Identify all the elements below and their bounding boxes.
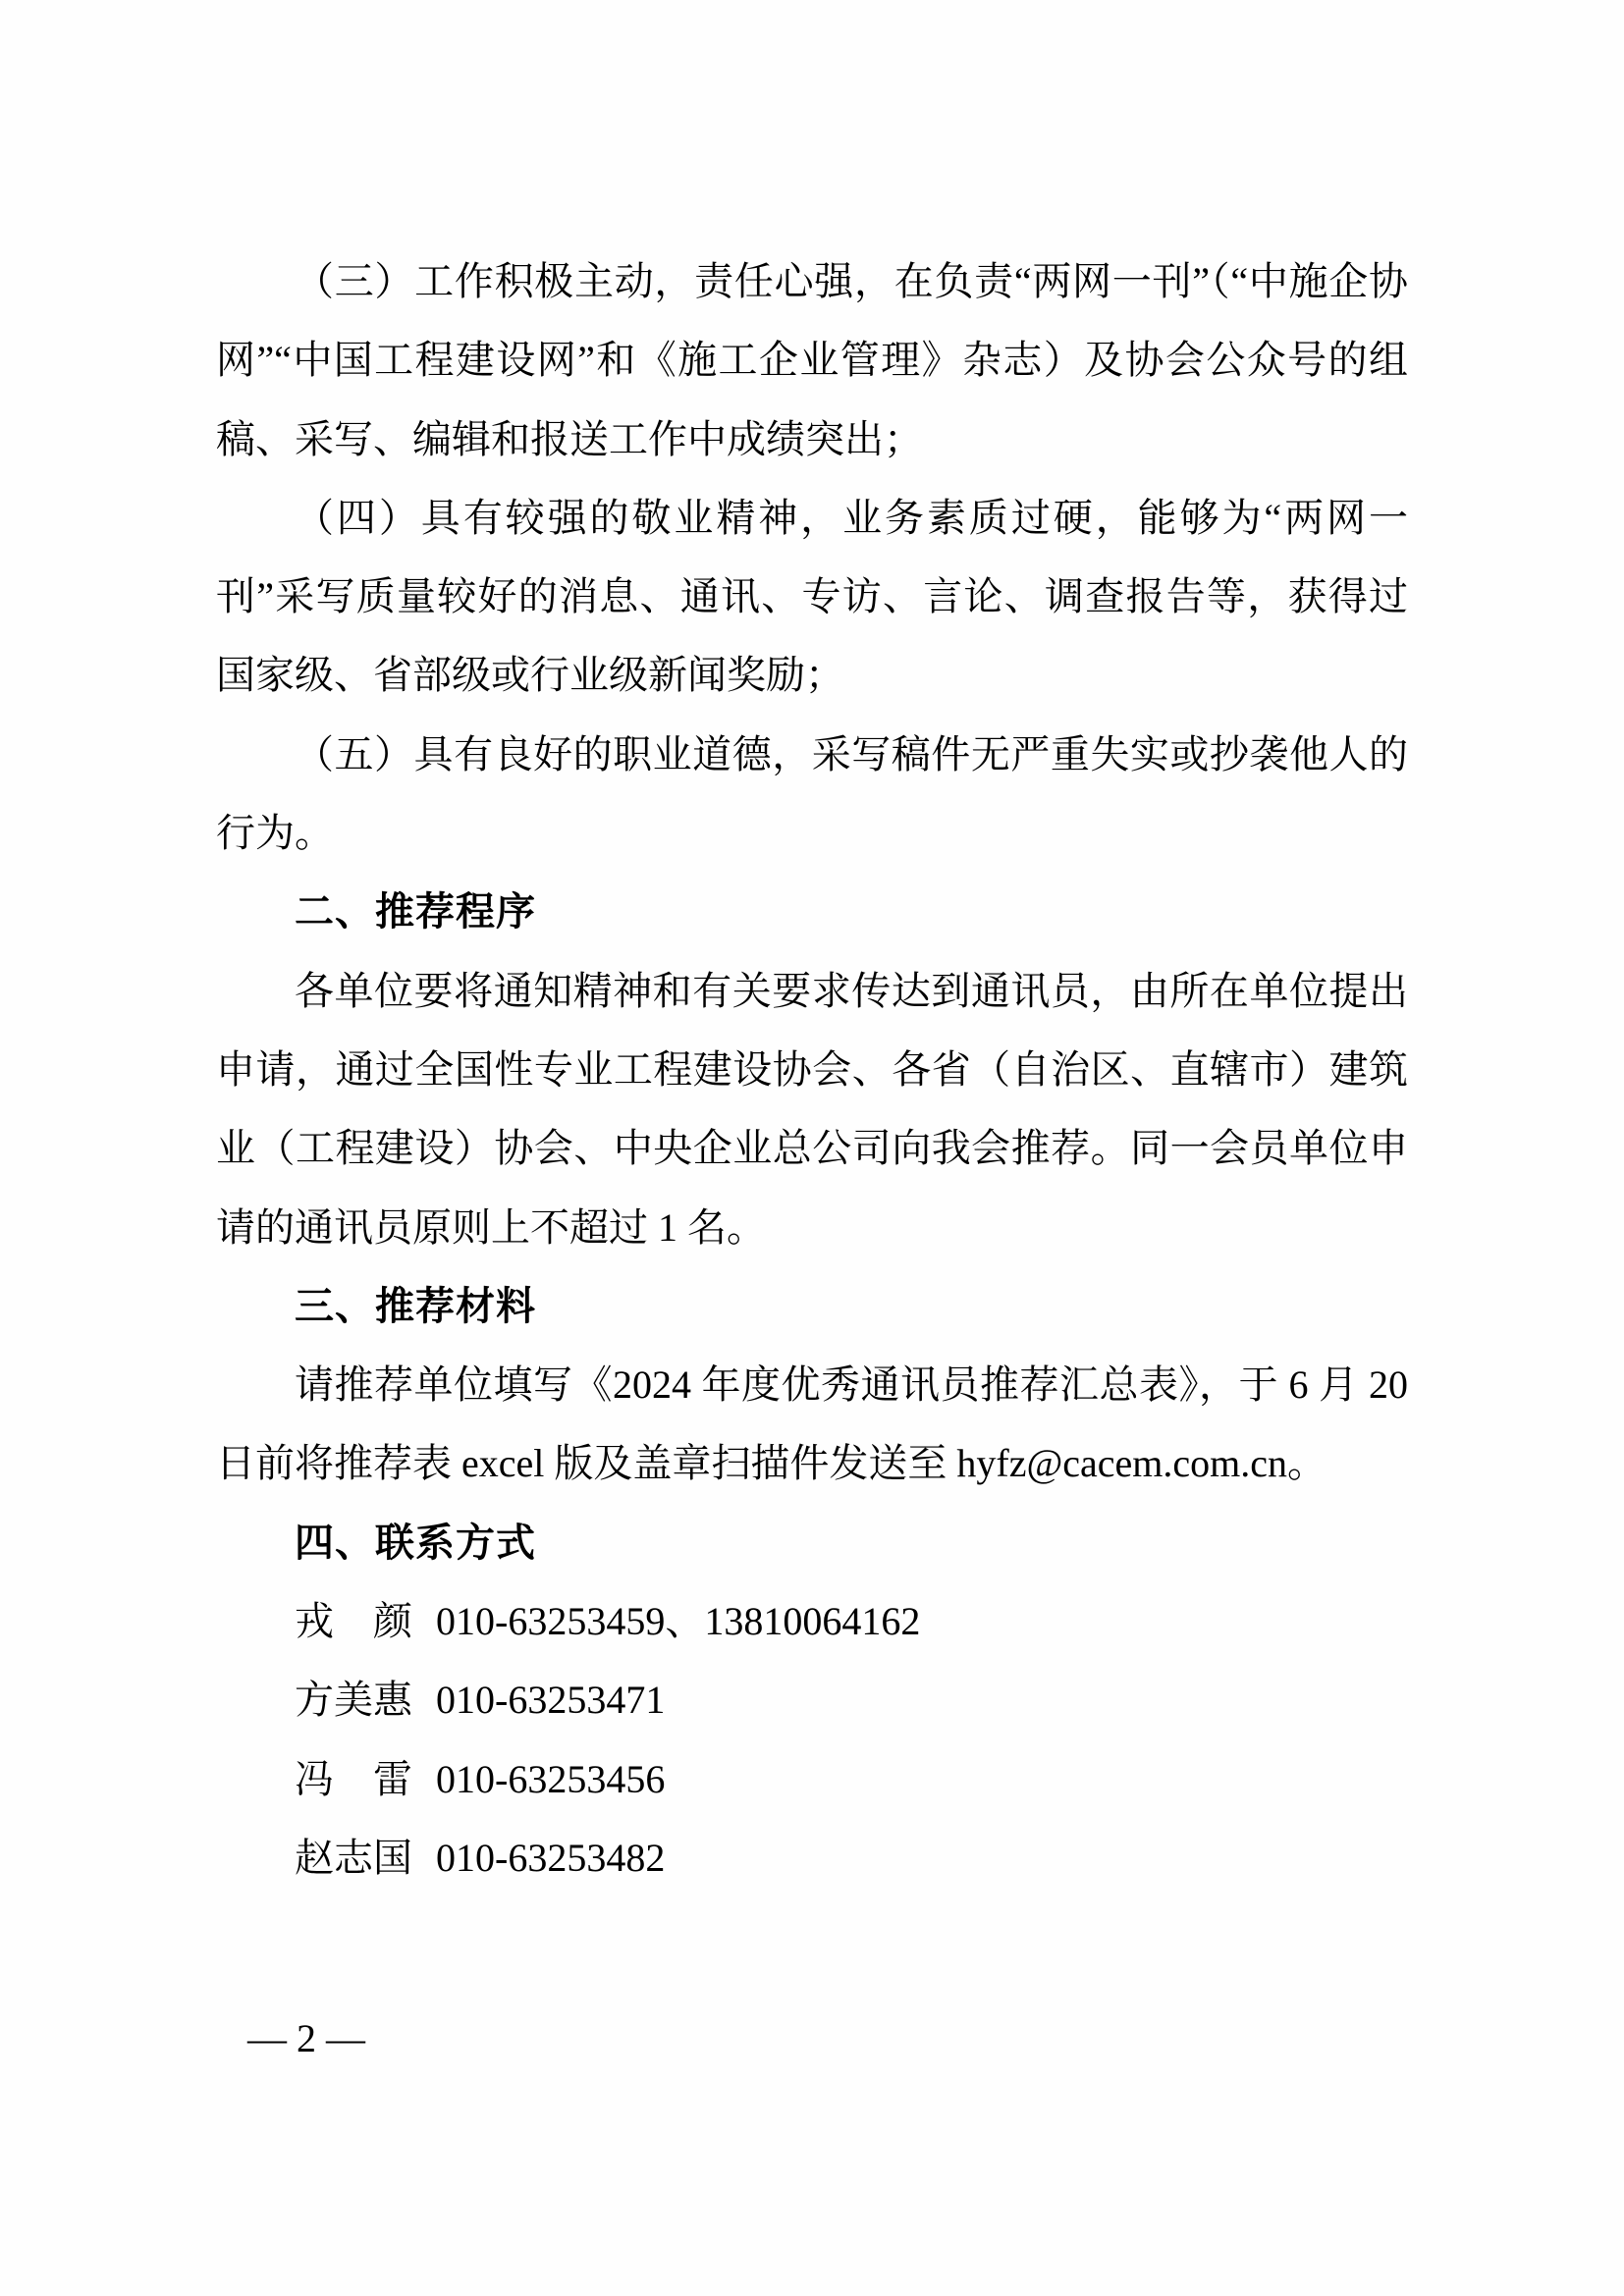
paragraph-materials: 请推荐单位填写《2024 年度优秀通讯员推荐汇总表》，于 6 月 20 日前将推…: [216, 1346, 1408, 1504]
paragraph-clause-5: （五）具有良好的职业道德，采写稿件无严重失实或抄袭他人的行为。: [216, 716, 1408, 874]
contact-phone: 010-63253456: [436, 1757, 665, 1801]
contact-phone: 010-63253482: [436, 1836, 665, 1880]
paragraph-clause-3: （三）工作积极主动，责任心强，在负责“两网一刊”（“中施企协网”“中国工程建设网…: [216, 242, 1408, 479]
contact-row: 冯 雷 010-63253456: [216, 1740, 1408, 1819]
contact-row: 赵志国 010-63253482: [216, 1819, 1408, 1897]
document-page: （三）工作积极主动，责任心强，在负责“两网一刊”（“中施企协网”“中国工程建设网…: [0, 0, 1624, 2296]
contact-row: 方美惠 010-63253471: [216, 1661, 1408, 1739]
contact-phone: 010-63253459、13810064162: [436, 1599, 920, 1643]
page-footer: — 2 —: [247, 2004, 365, 2073]
page-number: — 2 —: [247, 2016, 365, 2060]
contact-name: 方美惠: [295, 1661, 412, 1739]
heading-recommendation-materials: 三、推荐材料: [216, 1267, 1408, 1346]
contact-name: 赵志国: [295, 1819, 412, 1897]
paragraph-procedure: 各单位要将通知精神和有关要求传达到通讯员，由所在单位提出申请，通过全国性专业工程…: [216, 952, 1408, 1267]
contact-name: 戎 颜: [295, 1582, 412, 1661]
contact-row: 戎 颜 010-63253459、13810064162: [216, 1582, 1408, 1661]
heading-recommendation-procedure: 二、推荐程序: [216, 873, 1408, 951]
document-body: （三）工作积极主动，责任心强，在负责“两网一刊”（“中施企协网”“中国工程建设网…: [216, 0, 1408, 1897]
contact-name: 冯 雷: [295, 1740, 412, 1819]
contact-phone: 010-63253471: [436, 1678, 665, 1722]
heading-contact-info: 四、联系方式: [216, 1504, 1408, 1582]
paragraph-clause-4: （四）具有较强的敬业精神，业务素质过硬，能够为“两网一刊”采写质量较好的消息、通…: [216, 479, 1408, 716]
